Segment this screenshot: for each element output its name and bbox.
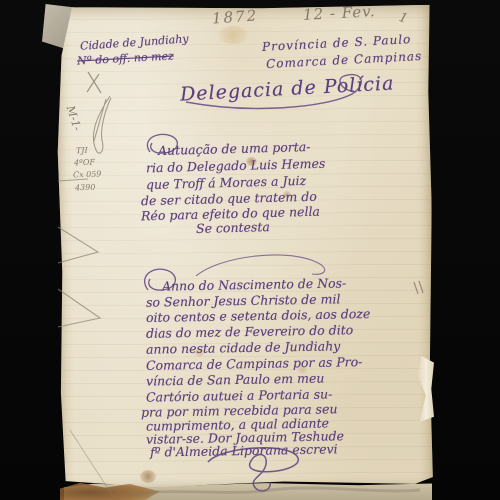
- pencil-margin-line: [58, 179, 88, 181]
- title-underline-flourish: [186, 75, 361, 109]
- pencil-margin-scribble: [93, 96, 111, 153]
- paragraph2-initial-flourish: [145, 269, 176, 290]
- pencil-triangle-mark: [58, 227, 98, 263]
- handwriting-flourishes-layer: [0, 0, 500, 500]
- ghost-text-under-page: [130, 488, 420, 494]
- pencil-x-mark: [87, 72, 101, 93]
- pencil-triangle-mark: [58, 289, 100, 327]
- signature-paraph: [208, 448, 298, 491]
- paragraph1-initial-flourish: [147, 134, 177, 153]
- pencil-diagonal-crease: [70, 430, 114, 498]
- margin-tick-mark: [414, 281, 423, 294]
- paragraph2-overline-flourish: [196, 255, 325, 276]
- scanned-manuscript-page: 1872 12 - Fev. 1 Cidade de Jundiahy Nº d…: [0, 0, 500, 500]
